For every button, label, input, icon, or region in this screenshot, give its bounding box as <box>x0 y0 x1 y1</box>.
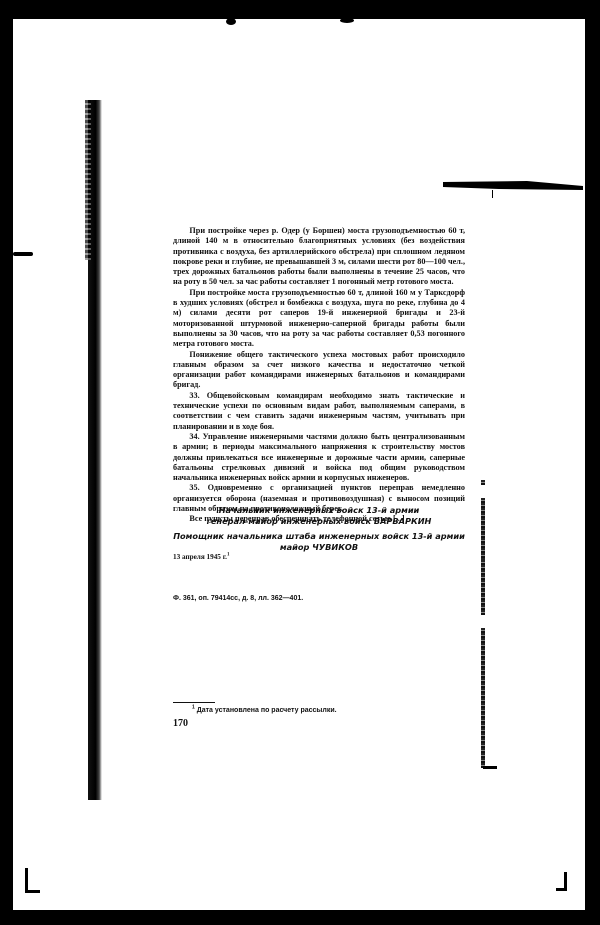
footnote-divider <box>173 702 215 703</box>
date-text: 13 апреля 1945 г. <box>173 553 227 561</box>
scan-artifact <box>340 18 354 23</box>
scan-artifact <box>226 18 236 25</box>
paragraph: При постройке через р. Одер (у Боршен) м… <box>173 226 465 288</box>
scan-artifact <box>13 252 33 256</box>
signature-block-chief: Начальник инженерных войск 13-й армии ге… <box>173 505 465 527</box>
footnote-ref: 1 <box>227 553 230 558</box>
scan-artifact <box>492 190 493 198</box>
body-text: При постройке через р. Одер (у Боршен) м… <box>173 226 465 525</box>
scan-artifact <box>481 628 485 768</box>
paragraph: При постройке моста грузоподъемностью 60… <box>173 288 465 350</box>
scan-artifact <box>481 480 485 485</box>
signature-block-assistant: Помощник начальника штаба инженерных вой… <box>173 531 465 553</box>
scan-artifact <box>481 560 485 615</box>
archive-reference: Ф. 361, оп. 79414сс, д. 8, лл. 362—401. <box>173 595 303 602</box>
scan-corner-mark <box>25 868 40 893</box>
scan-artifact <box>483 766 497 769</box>
signature-title: Начальник инженерных войск 13-й армии <box>173 505 465 516</box>
page-number: 170 <box>173 718 188 729</box>
footnote: 1 Дата установлена по расчету рассылки. <box>192 707 337 714</box>
footnote-text: Дата установлена по расчету рассылки. <box>197 707 337 714</box>
signature-title: Помощник начальника штаба инженерных вой… <box>173 531 465 542</box>
signature-name: генерал-майор инженерных войск ВАРВАРКИН <box>173 516 465 527</box>
paragraph: 33. Общевойсковым командирам необходимо … <box>173 391 465 432</box>
paragraph: 34. Управление инженерными частями должн… <box>173 432 465 483</box>
scan-artifact <box>481 498 485 568</box>
signature-name: майор ЧУВИКОВ <box>173 542 465 553</box>
paragraph: Понижение общего тактического успеха мос… <box>173 350 465 391</box>
footnote-mark: 1 <box>192 705 195 711</box>
scan-corner-mark <box>556 872 567 891</box>
scan-binding-shadow <box>88 100 102 800</box>
document-date: 13 апреля 1945 г.1 <box>173 553 229 561</box>
